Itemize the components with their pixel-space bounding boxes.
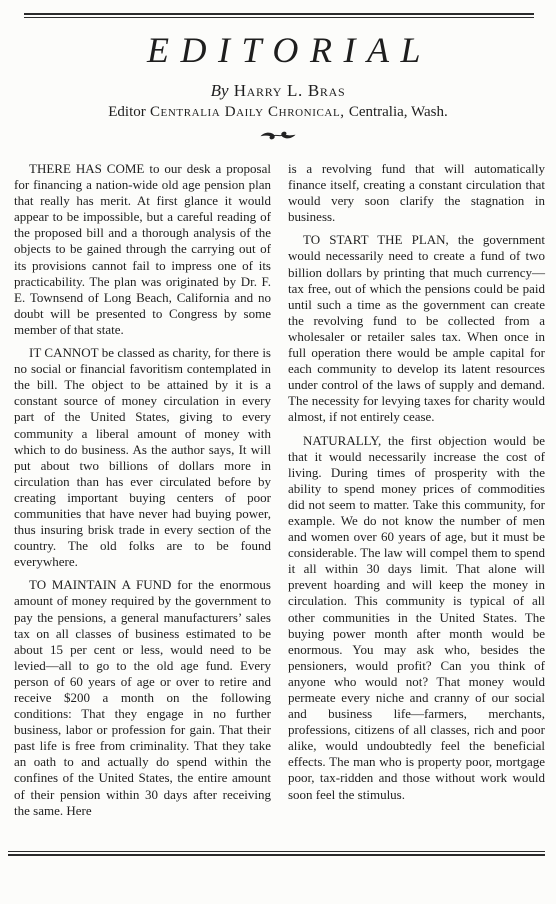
fleuron-ornament-icon <box>0 129 556 147</box>
right-column: is a revolving fund that will automatica… <box>288 161 545 819</box>
byline-author: Harry L. Bras <box>234 81 346 100</box>
byline: ByHarry L. Bras <box>0 80 556 102</box>
page-title: EDITORIAL <box>0 28 556 72</box>
bottom-double-rule <box>8 851 545 856</box>
editor-publication: Centralia Daily Chronical, <box>150 104 345 120</box>
top-double-rule <box>24 13 534 18</box>
paragraph-right-2: TO START THE PLAN, the government would … <box>288 232 545 425</box>
editor-line: EditorCentralia Daily Chronical,Centrali… <box>0 102 556 122</box>
paragraph-right-3: NATURALLY, the first objection would be … <box>288 433 545 803</box>
article-body: THERE HAS COME to our desk a proposal fo… <box>14 161 545 819</box>
left-column: THERE HAS COME to our desk a proposal fo… <box>14 161 271 819</box>
byline-by-prefix: By <box>211 81 229 100</box>
paragraph-left-2: IT CANNOT be classed as charity, for the… <box>14 345 271 570</box>
editor-location: Centralia, Wash. <box>349 104 448 120</box>
paragraph-left-1: THERE HAS COME to our desk a proposal fo… <box>14 161 271 338</box>
paragraph-left-3: TO MAINTAIN A FUND for the enormous amou… <box>14 577 271 818</box>
editor-prefix: Editor <box>108 104 146 120</box>
paragraph-right-1: is a revolving fund that will automatica… <box>288 161 545 225</box>
